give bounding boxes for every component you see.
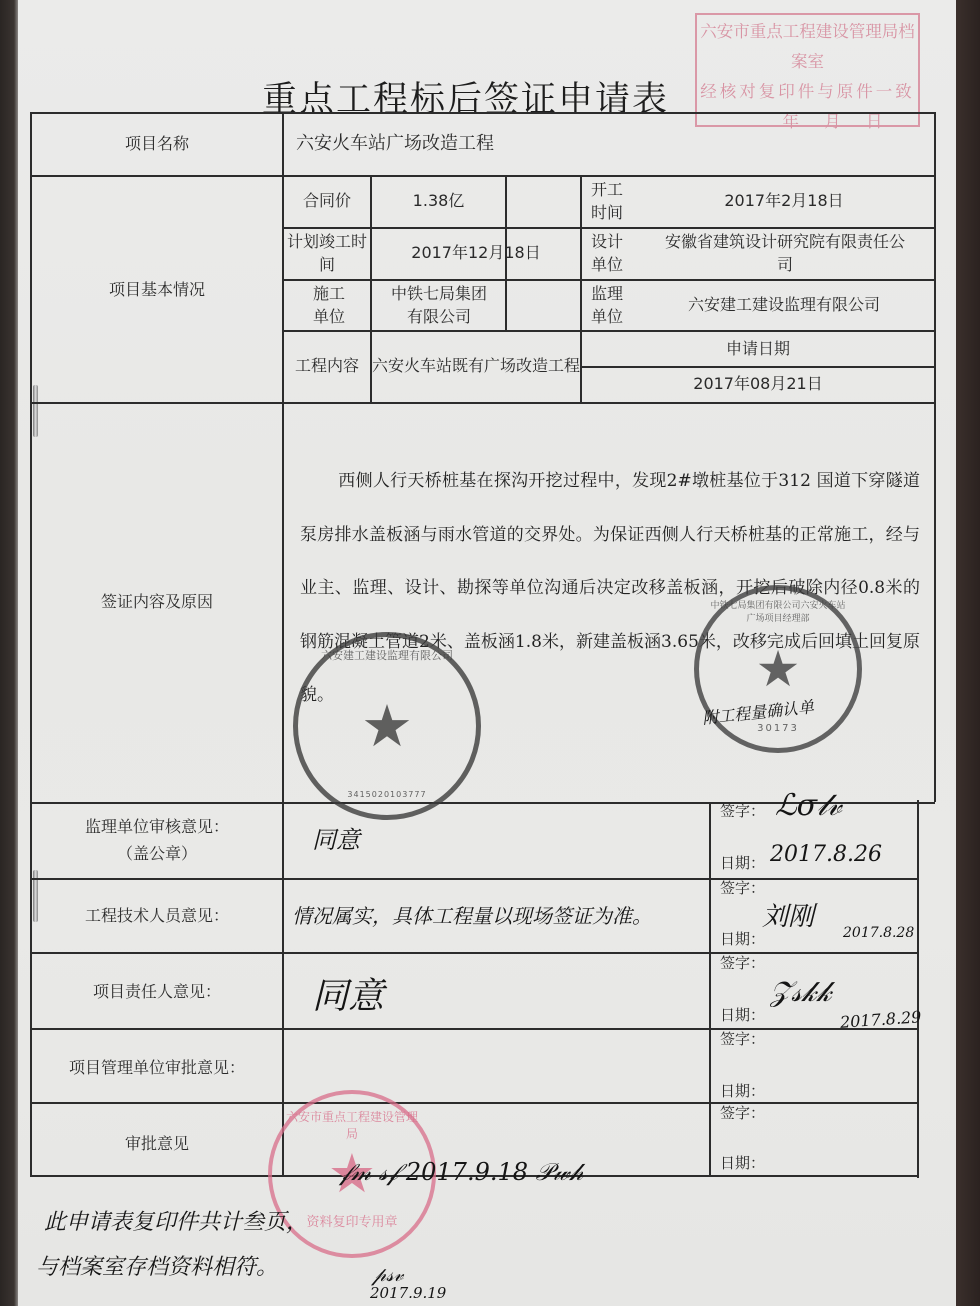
- work-content-label: 工程内容: [284, 354, 370, 378]
- design-unit-value: 安徽省建筑设计研究院有限责任公司: [660, 230, 910, 276]
- page-title: 重点工程标后签证申请表: [262, 72, 669, 122]
- supervision-signature: ℒσ𝓁𝓋: [775, 788, 842, 823]
- mgmt-sign-label: 签字：: [720, 1028, 765, 1049]
- contract-price-label: 合同价: [284, 189, 370, 213]
- responsible-date-label: 日期：: [720, 1004, 765, 1025]
- mgmt-date-label: 日期：: [720, 1080, 765, 1101]
- star-icon: ★: [361, 697, 413, 755]
- star-icon: ★: [756, 644, 801, 694]
- footer-note-date: 2017.9.19: [370, 1284, 446, 1302]
- construction-unit-label: 施工单位: [306, 282, 352, 328]
- mgmt-opinion-label: 项目管理单位审批意见：: [32, 1056, 282, 1080]
- supervision-unit-value: 六安建工建设监理有限公司: [634, 293, 934, 317]
- approval-date-label: 日期：: [720, 1152, 765, 1173]
- approval-signatures: 𝒻𝓂 𝓈𝒻 2017.9.18 𝒫𝓌𝒽: [340, 1158, 583, 1186]
- responsible-opinion-label: 项目责任人意见：: [32, 980, 282, 1004]
- planned-completion-label: 计划竣工时间: [286, 230, 368, 276]
- responsible-opinion-handwritten: 同意: [312, 968, 384, 1019]
- footer-note-line2: 与档案室存档资料相符。: [36, 1250, 278, 1281]
- archive-stamp-line2: 经核对复印件与原件一致: [697, 77, 918, 107]
- tech-signature: 刘刚: [762, 896, 814, 933]
- approval-sign-label: 签字：: [720, 1102, 765, 1123]
- staple: [33, 385, 38, 437]
- archive-stamp-line1: 六安市重点工程建设管理局档案室: [697, 17, 918, 77]
- visa-content-label: 签证内容及原因: [32, 590, 282, 614]
- tech-opinion-label: 工程技术人员意见：: [32, 904, 282, 928]
- footer-note-line1: 此申请表复印件共计叁页，: [44, 1205, 308, 1236]
- start-time-value: 2017年2月18日: [634, 189, 934, 213]
- basic-info-label: 项目基本情况: [32, 278, 282, 302]
- supervision-opinion-sublabel: （盖公章）: [32, 842, 282, 866]
- start-time-label: 开工时间: [584, 178, 630, 224]
- supervision-date-label: 日期：: [720, 852, 765, 873]
- archive-stamp: 六安市重点工程建设管理局档案室 经核对复印件与原件一致 年 月 日: [695, 13, 920, 127]
- design-unit-label: 设计单位: [584, 230, 630, 276]
- apply-date-label: 申请日期: [582, 337, 934, 361]
- tech-sign-label: 签字：: [720, 877, 765, 898]
- tech-date: 2017.8.28: [843, 925, 914, 941]
- project-name-value: 六安火车站广场改造工程: [296, 132, 494, 156]
- project-name-label: 项目名称: [32, 132, 282, 156]
- tech-date-label: 日期：: [720, 928, 765, 949]
- supervision-opinion-handwritten: 同意: [312, 820, 360, 855]
- footer-note-signature: 𝓅𝓈𝓋: [372, 1262, 404, 1286]
- tech-opinion-handwritten: 情况属实，具体工程量以现场签证为准。: [292, 900, 652, 929]
- planned-completion-value: 2017年12月18日: [372, 241, 580, 265]
- responsible-sign-label: 签字：: [720, 952, 765, 973]
- construction-unit-value: 中铁七局集团有限公司: [385, 282, 493, 328]
- work-content-value: 六安火车站既有广场改造工程: [372, 354, 580, 378]
- approval-opinion-label: 审批意见: [32, 1132, 282, 1156]
- apply-date-value: 2017年08月21日: [582, 372, 934, 396]
- responsible-signature: 𝒵𝓈𝓀𝓀: [770, 975, 832, 1009]
- supervision-sign-label: 签字：: [720, 800, 765, 821]
- supervision-company-seal: ★ 六安建工建设监理有限公司 3415020103777: [293, 632, 481, 820]
- supervision-date: 2017.8.26: [770, 842, 882, 867]
- supervision-opinion-label: 监理单位审核意见：: [32, 815, 282, 839]
- construction-company-seal: ★ 中铁七局集团有限公司六安火车站广场项目经理部 30173: [694, 585, 862, 753]
- contract-price-value: 1.38亿: [372, 189, 505, 213]
- supervision-unit-label: 监理单位: [584, 282, 630, 328]
